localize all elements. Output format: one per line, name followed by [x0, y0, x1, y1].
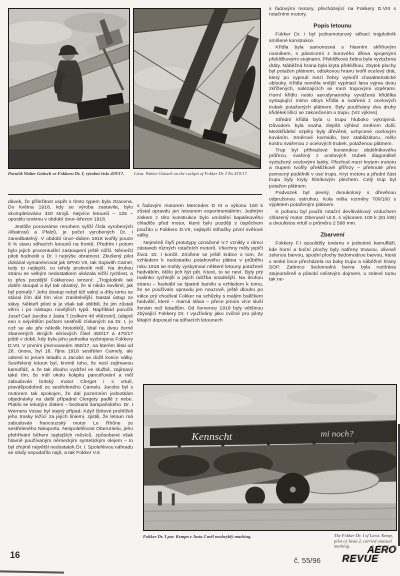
paragraph: s řadovými motory, přecházející na Fokke…	[269, 6, 396, 18]
wing-marking-text-left: Kennscht	[191, 431, 234, 443]
caption-separator-rule	[8, 194, 262, 195]
photo-pilot-on-fuselage	[8, 8, 130, 169]
wing-marking-text-right: mi noch?	[321, 428, 354, 438]
bottom-caption-czech: Fokker Dr. I por. Kempa z Jasta 2 měl ne…	[143, 535, 331, 545]
paragraph: Střední křídla byla u trupu hluboko vykr…	[269, 117, 396, 147]
photo-triplane-airfield: Kennscht mi noch?	[143, 384, 397, 531]
paragraph: s řadovým motorem Mercedes D III o výkon…	[137, 203, 263, 239]
photo-caption-english: Lieut. Walter Göttsch on the cockpit of …	[134, 172, 261, 190]
photo-triplane-illustration: Kennscht mi noch?	[144, 385, 396, 530]
bottom-caption-czech-text: Fokker Dr. I por. Kempa z Jasta 2 měl ne…	[143, 535, 331, 540]
section-heading-zbarveni: Zbarvení	[269, 231, 396, 237]
paragraph: Podvozek byl pevný, dvoukolový s dřevěno…	[269, 190, 396, 208]
body-column-left: dávek, že příležitost uspět s tímto type…	[8, 199, 133, 548]
paragraph: Jestliže porovnáme mnohem vyšší čísla vy…	[8, 224, 133, 457]
issue-number: č. 55/96	[294, 556, 321, 565]
section-heading-popis-letounu: Popis letounu	[269, 23, 396, 29]
photo-cockpit-struts	[133, 8, 261, 169]
photo-pilot-illustration	[9, 9, 129, 168]
paragraph: Nejméně čtyři prototypy označené V.7 vzn…	[137, 240, 263, 323]
page-number: 16	[10, 550, 20, 560]
paragraph: K pohonu byl použit rotační devítiválcov…	[269, 209, 396, 227]
photo-caption-english-text: Lieut. Walter Göttsch on the cockpit of …	[134, 172, 261, 177]
magazine-page: Poručík Walter Göttsch ve Fokkeru Dr. I,…	[0, 0, 400, 576]
photo-cockpit-illustration	[134, 9, 260, 168]
photo-caption-czech: Poručík Walter Göttsch ve Fokkeru Dr. I,…	[8, 172, 130, 190]
paragraph: Křídla byla samonosná s hlavním skříňový…	[269, 45, 396, 117]
paragraph: Fokkery F.I opouštěly továrnu v jednotné…	[269, 241, 396, 283]
paragraph: Fokker Dr. I byl jednomotorový stíhací t…	[269, 32, 396, 44]
magazine-logo: AERO REVUE	[342, 547, 398, 564]
body-column-middle: s řadovým motorem Mercedes D III o výkon…	[137, 203, 263, 383]
paragraph: Trup byl příhradové konstrukce obdélníko…	[269, 148, 396, 190]
logo-revue-text: REVUE	[342, 556, 398, 565]
scan-edge-artifact-bottom	[0, 570, 64, 573]
paragraph: dávek, že příležitost uspět s tímto type…	[8, 199, 133, 223]
photo-caption-czech-text: Poručík Walter Göttsch ve Fokkeru Dr. I,…	[8, 172, 130, 177]
body-column-right: s řadovými motory, přecházející na Fokke…	[269, 6, 396, 378]
